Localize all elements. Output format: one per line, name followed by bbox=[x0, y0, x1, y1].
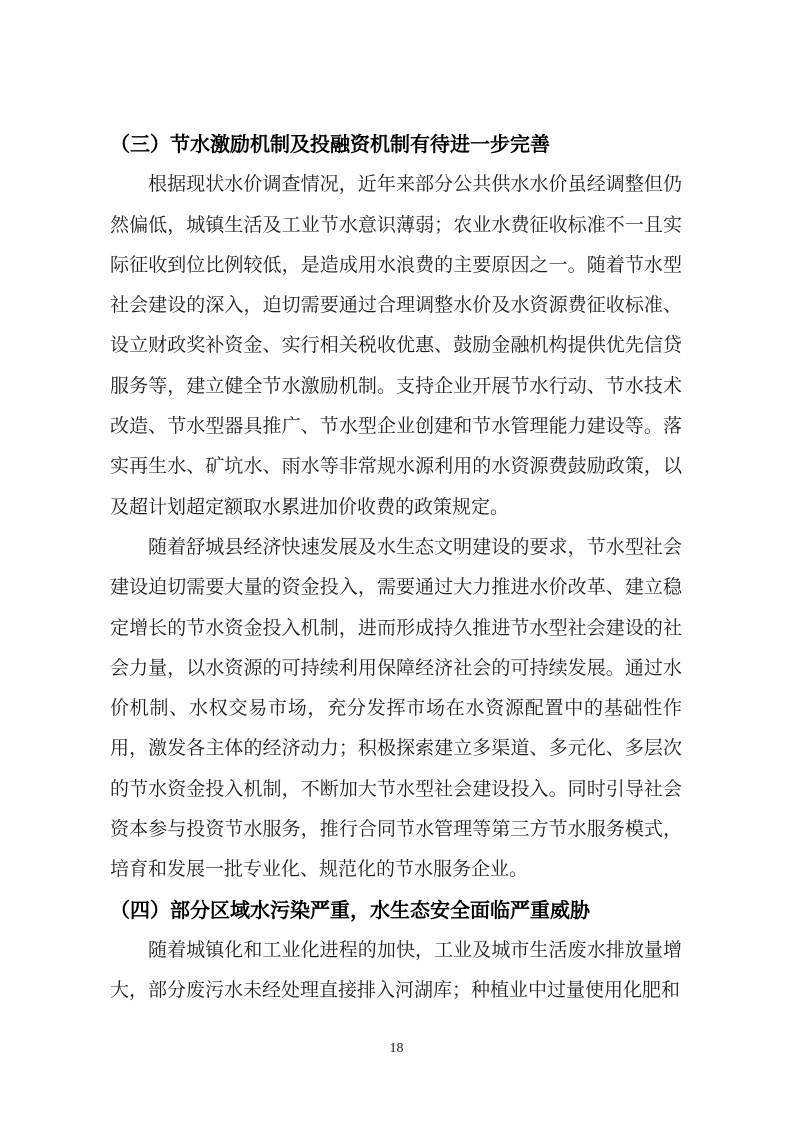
page-footer: 18 bbox=[0, 1038, 793, 1060]
section-3-paragraph-2: 随着舒城县经济快速发展及水生态文明建设的要求，节水型社会建设迫切需要大量的资金投… bbox=[110, 528, 682, 891]
section-heading-3: （三）节水激励机制及投融资机制有待进一步完善 bbox=[110, 125, 682, 165]
page-content: （三）节水激励机制及投融资机制有待进一步完善 根据现状水价调查情况，近年来部分公… bbox=[110, 125, 682, 1012]
section-4-paragraph-1: 随着城镇化和工业化进程的加快，工业及城市生活废水排放量增大，部分废污水未经处理直… bbox=[110, 931, 682, 1012]
section-heading-4: （四）部分区域水污染严重，水生态安全面临严重威胁 bbox=[110, 891, 682, 931]
section-3-paragraph-1: 根据现状水价调查情况，近年来部分公共供水水价虽经调整但仍然偏低，城镇生活及工业节… bbox=[110, 165, 682, 528]
page-number: 18 bbox=[390, 1041, 404, 1056]
document-page: （三）节水激励机制及投融资机制有待进一步完善 根据现状水价调查情况，近年来部分公… bbox=[0, 0, 793, 1122]
